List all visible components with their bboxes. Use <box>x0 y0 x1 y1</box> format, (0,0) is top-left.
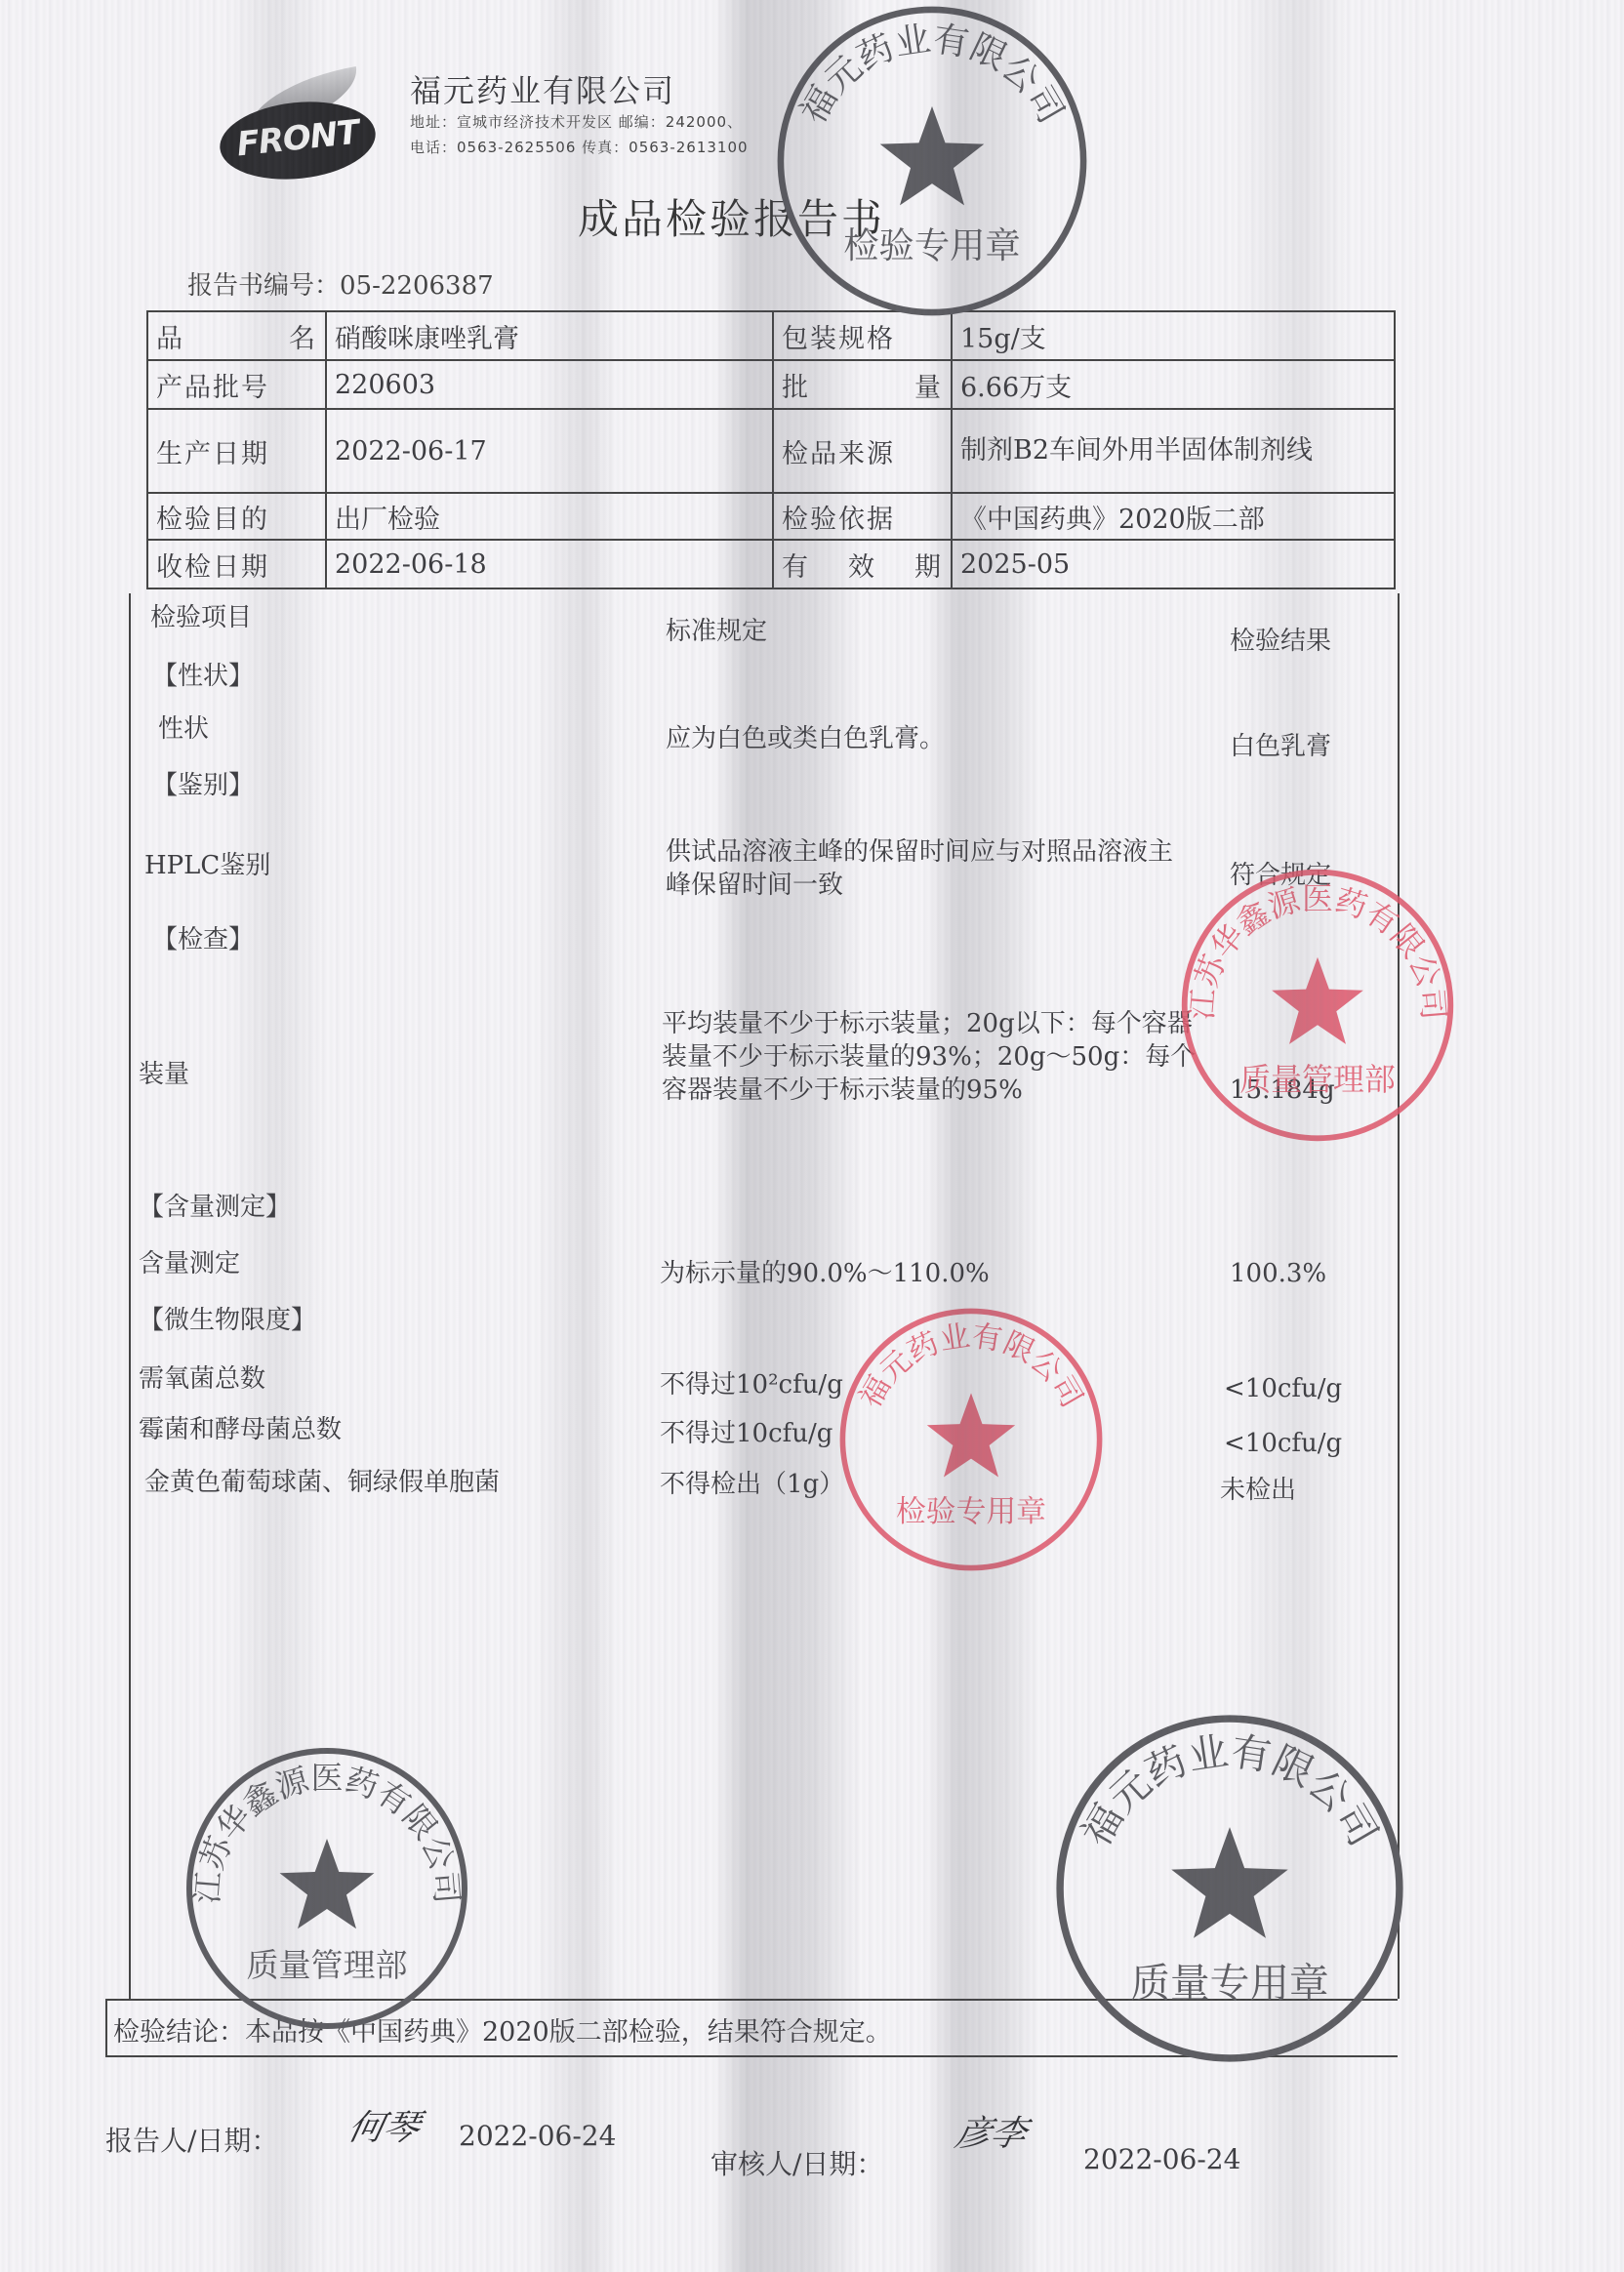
package-spec-value: 15g/支 <box>952 311 1395 360</box>
header-test-item: 检验项目 <box>150 597 252 633</box>
header-standard: 标准规定 <box>666 611 767 647</box>
purpose-value: 出厂检验 <box>326 493 773 540</box>
svg-text:福元药业有限公司: 福元药业有限公司 <box>792 18 1073 131</box>
reviewer-label: 审核人/日期： <box>710 2143 883 2182</box>
test-item: 霉菌和酵母菌总数 <box>139 1409 342 1445</box>
receive-date-label: 收检日期 <box>147 540 326 588</box>
production-date-value: 2022-06-17 <box>326 409 773 493</box>
expiry-label: 有 效 期 <box>773 540 952 588</box>
report-number: 报告书编号：05-2206387 <box>187 265 494 302</box>
section-title: 【检查】 <box>152 919 254 955</box>
batch-size-label: 批 量 <box>773 360 952 409</box>
test-result: 未检出 <box>1220 1470 1296 1506</box>
test-standard: 平均装量不少于标示装量；20g以下：每个容器装量不少于标示装量的93%；20g～… <box>662 1007 1208 1107</box>
test-item: HPLC鉴别 <box>144 845 270 881</box>
conclusion-box: 检验结论：本品按《中国药典》2020版二部检验，结果符合规定。 <box>105 1999 1398 2057</box>
product-info-table: 品 名 硝酸咪康唑乳膏 包装规格 15g/支 产品批号 220603 批 量 6… <box>146 310 1396 589</box>
receive-date-value: 2022-06-18 <box>326 540 773 588</box>
test-standard: 不得检出（1g） <box>660 1464 844 1500</box>
company-name: 福元药业有限公司 <box>410 66 675 111</box>
reporter-signature: 何琴 <box>345 2100 426 2150</box>
test-item: 性状 <box>158 709 209 745</box>
test-item: 金黄色葡萄球菌、铜绿假单胞菌 <box>144 1462 500 1498</box>
info-row: 品 名 硝酸咪康唑乳膏 包装规格 15g/支 <box>147 311 1395 360</box>
info-row: 产品批号 220603 批 量 6.66万支 <box>147 360 1395 409</box>
section-title: 【微生物限度】 <box>139 1300 316 1336</box>
expiry-value: 2025-05 <box>952 540 1395 588</box>
test-standard: 不得过10cfu/g <box>660 1413 832 1449</box>
basis-value: 《中国药典》2020版二部 <box>952 493 1395 540</box>
test-item: 装量 <box>139 1054 189 1090</box>
test-result: <10cfu/g <box>1224 1429 1342 1458</box>
document-title: 成品检验报告书 <box>578 187 885 246</box>
report-number-value: 05-2206387 <box>340 271 494 301</box>
conclusion-text: 检验结论：本品按《中国药典》2020版二部检验，结果符合规定。 <box>113 2010 892 2049</box>
section-title: 【性状】 <box>152 656 254 692</box>
reporter-date: 2022-06-24 <box>459 2120 616 2152</box>
production-date-label: 生产日期 <box>147 409 326 493</box>
test-result: 白色乳膏 <box>1230 726 1331 762</box>
test-item: 含量测定 <box>139 1243 240 1279</box>
company-address: 地址：宣城市经济技术开发区 邮编：242000、 <box>410 111 743 132</box>
test-item: 需氧菌总数 <box>139 1359 265 1395</box>
info-row: 检验目的 出厂检验 检验依据 《中国药典》2020版二部 <box>147 493 1395 540</box>
report-number-label: 报告书编号： <box>187 271 340 301</box>
test-result: 15.184g <box>1230 1075 1335 1105</box>
test-result: <10cfu/g <box>1224 1374 1342 1403</box>
section-title: 【含量测定】 <box>139 1187 291 1223</box>
company-seal-top: 福元药业有限公司检验专用章 <box>771 0 1093 322</box>
product-name-label: 品 名 <box>147 311 326 360</box>
sample-source-value: 制剂B2车间外用半固体制剂线 <box>952 409 1395 493</box>
test-standard: 不得过10²cfu/g <box>660 1364 843 1400</box>
product-name-value: 硝酸咪康唑乳膏 <box>326 311 773 360</box>
basis-label: 检验依据 <box>773 493 952 540</box>
reviewer-date: 2022-06-24 <box>1083 2143 1240 2175</box>
sample-source-label: 检品来源 <box>773 409 952 493</box>
batch-no-value: 220603 <box>326 360 773 409</box>
batch-size-value: 6.66万支 <box>952 360 1395 409</box>
test-results-section: 检验项目 标准规定 检验结果 【性状】 性状 应为白色或类白色乳膏。 白色乳膏 … <box>129 593 1400 1999</box>
test-standard: 应为白色或类白色乳膏。 <box>666 722 1193 755</box>
test-standard: 为标示量的90.0%～110.0% <box>660 1253 990 1289</box>
package-spec-label: 包装规格 <box>773 311 952 360</box>
reporter-label: 报告人/日期： <box>105 2120 278 2159</box>
section-title: 【鉴别】 <box>152 765 254 801</box>
info-row: 收检日期 2022-06-18 有 效 期 2025-05 <box>147 540 1395 588</box>
test-result: 符合规定 <box>1230 855 1331 891</box>
purpose-label: 检验目的 <box>147 493 326 540</box>
info-row: 生产日期 2022-06-17 检品来源 制剂B2车间外用半固体制剂线 <box>147 409 1395 493</box>
header-result: 检验结果 <box>1230 621 1331 657</box>
test-result: 100.3% <box>1230 1259 1326 1288</box>
company-phone: 电话：0563-2625506 传真：0563-2613100 <box>410 137 749 157</box>
reviewer-signature: 彦李 <box>952 2106 1033 2156</box>
batch-no-label: 产品批号 <box>147 360 326 409</box>
test-standard: 供试品溶液主峰的保留时间应与对照品溶液主峰保留时间一致 <box>666 835 1193 902</box>
